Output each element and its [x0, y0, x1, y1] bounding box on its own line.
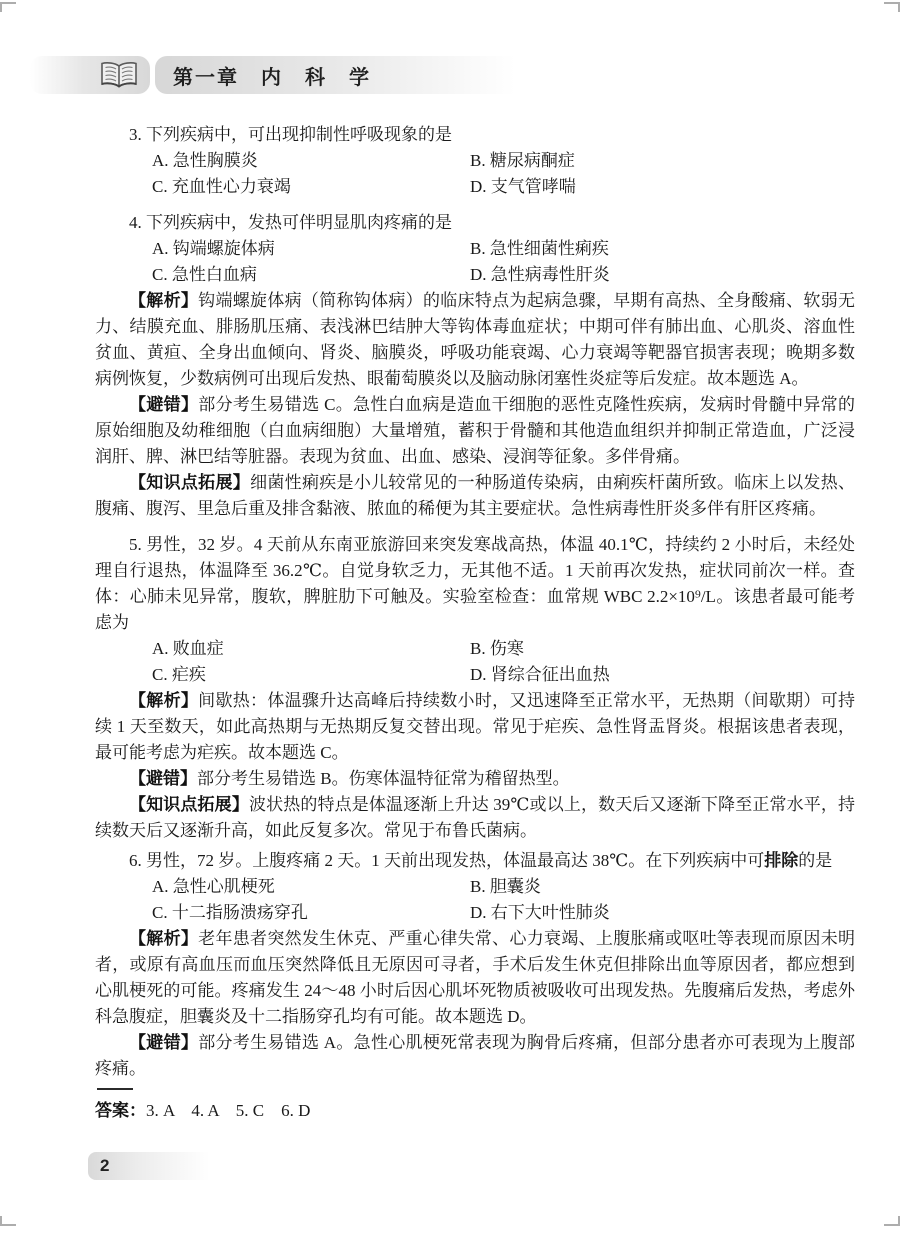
analysis-text: 钩端螺旋体病（简称钩体病）的临床特点为起病急骤，早期有高热、全身酸痛、软弱无力、…: [95, 291, 855, 388]
chapter-header: 第一章 内 科 学: [30, 56, 547, 94]
question-4-analysis: 【解析】钩端螺旋体病（简称钩体病）的临床特点为起病急骤，早期有高热、全身酸痛、软…: [95, 288, 855, 392]
crop-mark-top-left: [0, 2, 16, 12]
question-5-options: A. 败血症 B. 伤寒 C. 疟疾 D. 肾综合征出血热: [152, 636, 855, 688]
question-5-stem: 5. 男性，32 岁。4 天前从东南亚旅游回来突发寒战高热，体温 40.1℃，持…: [95, 532, 855, 636]
avoid-error-text: 部分考生易错选 C。急性白血病是造血干细胞的恶性克隆性疾病，发病时骨髓中异常的原…: [95, 395, 855, 466]
option-c: C. 急性白血病: [152, 262, 470, 288]
chapter-title: 第一章 内 科 学: [155, 56, 547, 94]
answer-key-block: 答案：3. A 4. A 5. C 6. D: [95, 1088, 855, 1124]
question-4-stem: 4. 下列疾病中，发热可伴明显肌肉疼痛的是: [95, 210, 855, 236]
question-4-knowledge-expansion: 【知识点拓展】细菌性痢疾是小儿较常见的一种肠道传染病，由痢疾杆菌所致。临床上以发…: [95, 470, 855, 522]
analysis-text: 间歇热：体温骤升达高峰后持续数小时，又迅速降至正常水平，无热期（间歇期）可持续 …: [95, 691, 855, 762]
page-number: 2: [88, 1152, 226, 1180]
option-b: B. 急性细菌性痢疾: [470, 236, 855, 262]
option-d: D. 肾综合征出血热: [470, 662, 855, 688]
option-b: B. 糖尿病酮症: [470, 148, 855, 174]
avoid-error-text: 部分考生易错选 B。伤寒体温特征常为稽留热型。: [197, 769, 570, 788]
question-4-options: A. 钩端螺旋体病 B. 急性细菌性痢疾 C. 急性白血病 D. 急性病毒性肝炎: [152, 236, 855, 288]
avoid-error-text: 部分考生易错选 A。急性心肌梗死常表现为胸骨后疼痛，但部分患者亦可表现为上腹部疼…: [95, 1033, 855, 1078]
option-a: A. 急性心肌梗死: [152, 874, 470, 900]
option-c: C. 十二指肠溃疡穿孔: [152, 900, 470, 926]
option-d: D. 右下大叶性肺炎: [470, 900, 855, 926]
answer-key-line: 答案：3. A 4. A 5. C 6. D: [95, 1098, 855, 1124]
page-content: 3. 下列疾病中，可出现抑制性呼吸现象的是 A. 急性胸膜炎 B. 糖尿病酮症 …: [95, 122, 855, 1124]
knowledge-expansion-label: 【知识点拓展】: [129, 473, 250, 492]
answers-label: 答案：: [95, 1101, 146, 1120]
option-c: C. 充血性心力衰竭: [152, 174, 470, 200]
stem-text: 6. 男性，72 岁。上腹疼痛 2 天。1 天前出现发热，体温最高达 38℃。在…: [129, 851, 764, 870]
analysis-label: 【解析】: [129, 291, 198, 310]
question-4: 4. 下列疾病中，发热可伴明显肌肉疼痛的是 A. 钩端螺旋体病 B. 急性细菌性…: [95, 210, 855, 288]
crop-mark-top-right: [884, 2, 900, 12]
question-4-avoid-error: 【避错】部分考生易错选 C。急性白血病是造血干细胞的恶性克隆性疾病，发病时骨髓中…: [95, 392, 855, 470]
page-number-value: 2: [100, 1156, 109, 1176]
question-6-options: A. 急性心肌梗死 B. 胆囊炎 C. 十二指肠溃疡穿孔 D. 右下大叶性肺炎: [152, 874, 855, 926]
question-5-knowledge-expansion: 【知识点拓展】波状热的特点是体温逐渐上升达 39℃或以上，数天后又逐渐下降至正常…: [95, 792, 855, 844]
avoid-error-label: 【避错】: [129, 769, 197, 788]
analysis-label: 【解析】: [129, 929, 198, 948]
option-b: B. 胆囊炎: [470, 874, 855, 900]
avoid-error-label: 【避错】: [129, 395, 198, 414]
question-6: 6. 男性，72 岁。上腹疼痛 2 天。1 天前出现发热，体温最高达 38℃。在…: [95, 848, 855, 926]
question-3-options: A. 急性胸膜炎 B. 糖尿病酮症 C. 充血性心力衰竭 D. 支气管哮喘: [152, 148, 855, 200]
question-3-stem: 3. 下列疾病中，可出现抑制性呼吸现象的是: [95, 122, 855, 148]
question-5-avoid-error: 【避错】部分考生易错选 B。伤寒体温特征常为稽留热型。: [95, 766, 855, 792]
option-c: C. 疟疾: [152, 662, 470, 688]
option-b: B. 伤寒: [470, 636, 855, 662]
question-5-analysis: 【解析】间歇热：体温骤升达高峰后持续数小时，又迅速降至正常水平，无热期（间歇期）…: [95, 688, 855, 766]
question-3: 3. 下列疾病中，可出现抑制性呼吸现象的是 A. 急性胸膜炎 B. 糖尿病酮症 …: [95, 122, 855, 200]
stem-bold-text: 排除: [764, 851, 798, 870]
option-a: A. 急性胸膜炎: [152, 148, 470, 174]
header-icon-pill: [30, 56, 150, 94]
question-6-stem: 6. 男性，72 岁。上腹疼痛 2 天。1 天前出现发热，体温最高达 38℃。在…: [95, 848, 855, 874]
stem-text: 的是: [798, 851, 832, 870]
answer-divider: [97, 1088, 133, 1090]
question-6-avoid-error: 【避错】部分考生易错选 A。急性心肌梗死常表现为胸骨后疼痛，但部分患者亦可表现为…: [95, 1030, 855, 1082]
crop-mark-bottom-right: [884, 1216, 900, 1226]
avoid-error-label: 【避错】: [129, 1033, 198, 1052]
question-6-analysis: 【解析】老年患者突然发生休克、严重心律失常、心力衰竭、上腹胀痛或呕吐等表现而原因…: [95, 926, 855, 1030]
open-book-icon: [99, 61, 139, 89]
answers-values: 3. A 4. A 5. C 6. D: [146, 1101, 310, 1120]
analysis-text: 老年患者突然发生休克、严重心律失常、心力衰竭、上腹胀痛或呕吐等表现而原因未明者，…: [95, 929, 855, 1026]
option-a: A. 败血症: [152, 636, 470, 662]
option-d: D. 急性病毒性肝炎: [470, 262, 855, 288]
option-a: A. 钩端螺旋体病: [152, 236, 470, 262]
knowledge-expansion-label: 【知识点拓展】: [129, 795, 249, 814]
question-5: 5. 男性，32 岁。4 天前从东南亚旅游回来突发寒战高热，体温 40.1℃，持…: [95, 532, 855, 688]
crop-mark-bottom-left: [0, 1216, 16, 1226]
option-d: D. 支气管哮喘: [470, 174, 855, 200]
analysis-label: 【解析】: [129, 691, 198, 710]
